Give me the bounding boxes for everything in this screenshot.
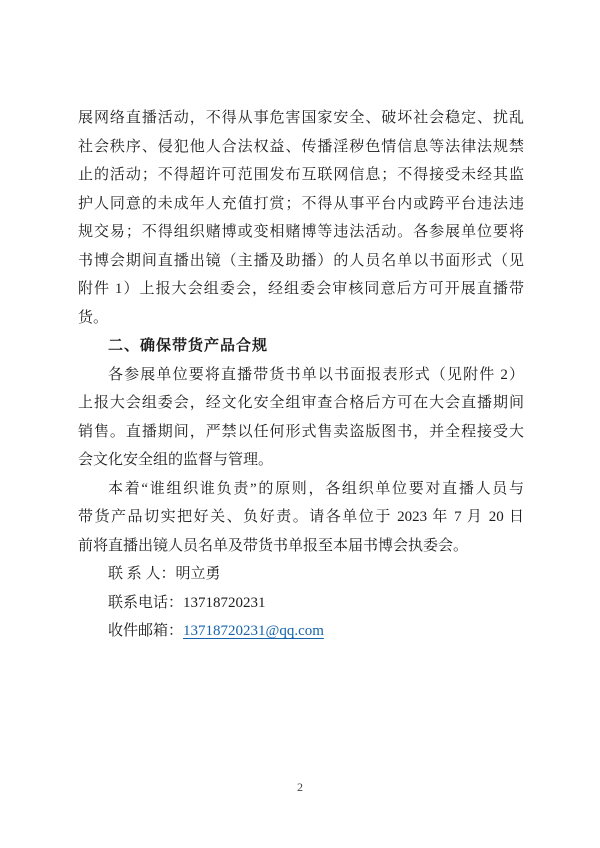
- contact-email-line: 收件邮箱：13718720231@qq.com: [78, 617, 524, 646]
- paragraph-2: 各参展单位要将直播带货书单以书面报表形式（见附件 2） 上报大会组委会，经文化安…: [78, 361, 524, 475]
- contact-email-label: 收件邮箱：: [108, 623, 183, 639]
- text-line: 规交易；不得组织赌博或变相赌博等违法活动。各参展单位要将: [78, 218, 524, 247]
- contact-block: 联 系 人：明立勇 联系电话：13718720231 收件邮箱：13718720…: [78, 560, 524, 646]
- text-line: 上报大会组委会，经文化安全组审查合格后方可在大会直播期间: [78, 389, 524, 418]
- text-line: 会文化安全组的监督与管理。: [78, 446, 524, 475]
- contact-phone-value: 13718720231: [183, 595, 266, 611]
- text-line: 带货产品切实把好关、负好责。请各单位于 2023 年 7 月 20 日: [78, 503, 524, 532]
- paragraph-1: 展网络直播活动，不得从事危害国家安全、破坏社会稳定、扰乱 社会秩序、侵犯他人合法…: [78, 104, 524, 332]
- text-line: 展网络直播活动，不得从事危害国家安全、破坏社会稳定、扰乱: [78, 104, 524, 133]
- email-link[interactable]: 13718720231@qq.com: [183, 623, 324, 639]
- contact-person-label: 联 系 人：: [108, 566, 176, 582]
- page-number: 2: [0, 780, 600, 795]
- contact-phone-label: 联系电话：: [108, 595, 183, 611]
- section-heading: 二、确保带货产品合规: [78, 332, 524, 361]
- text-line: 护人同意的未成年人充值打赏；不得从事平台内或跨平台违法违: [78, 190, 524, 219]
- text-line: 本着“谁组织谁负责”的原则，各组织单位要对直播人员与: [78, 475, 524, 504]
- text-line: 社会秩序、侵犯他人合法权益、传播淫秽色情信息等法律法规禁: [78, 133, 524, 162]
- text-line: 止的活动；不得超许可范围发布互联网信息；不得接受未经其监: [78, 161, 524, 190]
- text-line: 附件 1）上报大会组委会，经组委会审核同意后方可开展直播带: [78, 275, 524, 304]
- text-line: 各参展单位要将直播带货书单以书面报表形式（见附件 2）: [78, 361, 524, 390]
- text-line: 销售。直播期间，严禁以任何形式售卖盗版图书，并全程接受大: [78, 418, 524, 447]
- text-line: 货。: [78, 304, 524, 333]
- text-line: 前将直播出镜人员名单及带货书单报至本届书博会执委会。: [78, 532, 524, 561]
- contact-person-line: 联 系 人：明立勇: [78, 560, 524, 589]
- document-text-block: 展网络直播活动，不得从事危害国家安全、破坏社会稳定、扰乱 社会秩序、侵犯他人合法…: [78, 104, 524, 646]
- document-page: 展网络直播活动，不得从事危害国家安全、破坏社会稳定、扰乱 社会秩序、侵犯他人合法…: [0, 0, 600, 848]
- contact-phone-line: 联系电话：13718720231: [78, 589, 524, 618]
- text-line: 书博会期间直播出镜（主播及助播）的人员名单以书面形式（见: [78, 247, 524, 276]
- contact-person-value: 明立勇: [176, 566, 221, 582]
- paragraph-3: 本着“谁组织谁负责”的原则，各组织单位要对直播人员与 带货产品切实把好关、负好责…: [78, 475, 524, 561]
